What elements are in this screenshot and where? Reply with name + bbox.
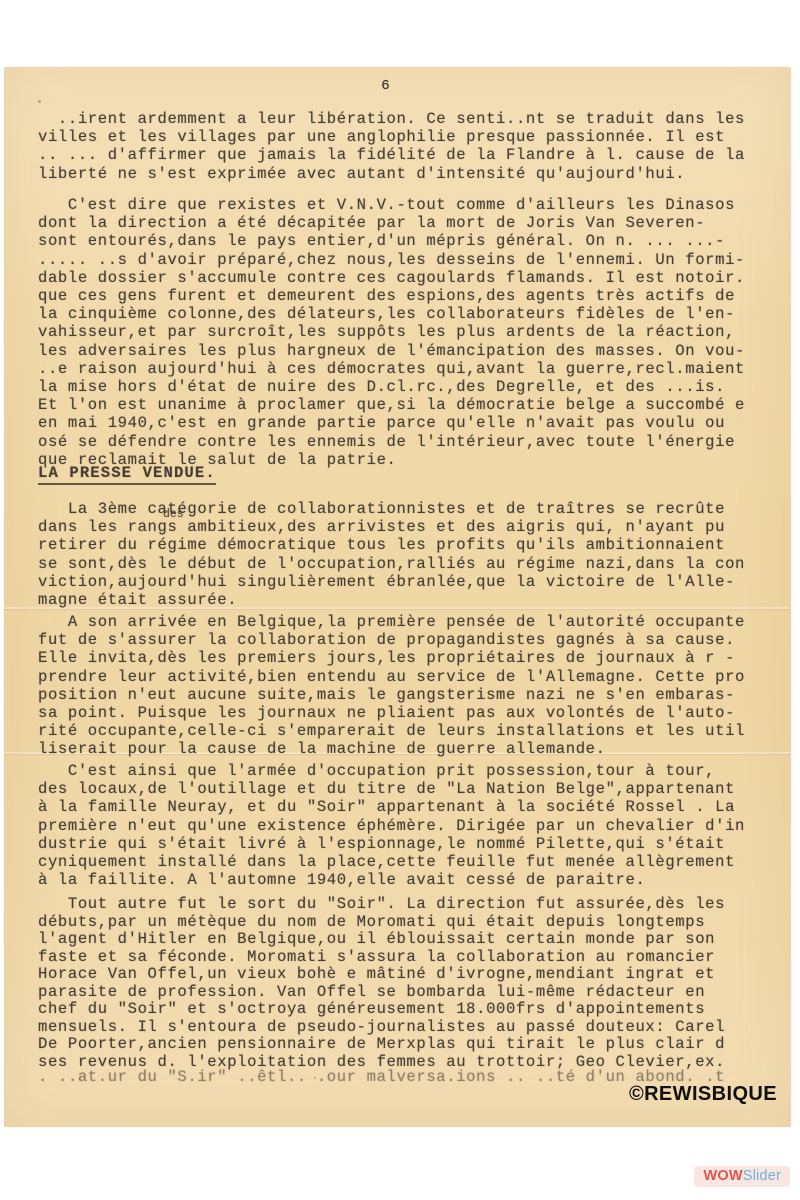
paper-speck xyxy=(314,1077,316,1079)
scanned-document-page: 6 ..irent ardemment a leur libération. C… xyxy=(4,67,791,1127)
paragraph-autorite-occupante: A son arrivée en Belgique,la première pe… xyxy=(38,613,745,759)
section-heading-la-presse-vendue: LA PRESSE VENDUE. xyxy=(38,464,216,485)
typed-insertion-correction: des xyxy=(163,508,184,521)
paper-speck xyxy=(38,100,41,103)
faded-last-line: . ..at.ur du "S.ir" ..êtl.. .our malvers… xyxy=(38,1068,725,1086)
paragraph-le-soir: Tout autre fut le sort du "Soir". La dir… xyxy=(38,896,725,1071)
paragraph-rexistes-vnv: C'est dire que rexistes et V.N.V.-tout c… xyxy=(38,196,745,469)
paper-speck xyxy=(79,1078,81,1080)
wowslider-badge[interactable]: WOWSlider xyxy=(694,1166,790,1187)
paragraph-liberation: ..irent ardemment a leur libération. Ce … xyxy=(38,110,745,183)
wowslider-wow-label: WOW xyxy=(703,1168,742,1184)
wowslider-slider-label: Slider xyxy=(743,1168,781,1184)
paragraph-armee-occupation: C'est ainsi que l'armée d'occupation pri… xyxy=(38,762,745,889)
copyright-watermark: ©REWISBIQUE xyxy=(629,1083,777,1106)
paragraph-troisieme-categorie: La 3ème catégorie de collaborationnistes… xyxy=(38,500,745,609)
page-number: 6 xyxy=(4,78,767,94)
